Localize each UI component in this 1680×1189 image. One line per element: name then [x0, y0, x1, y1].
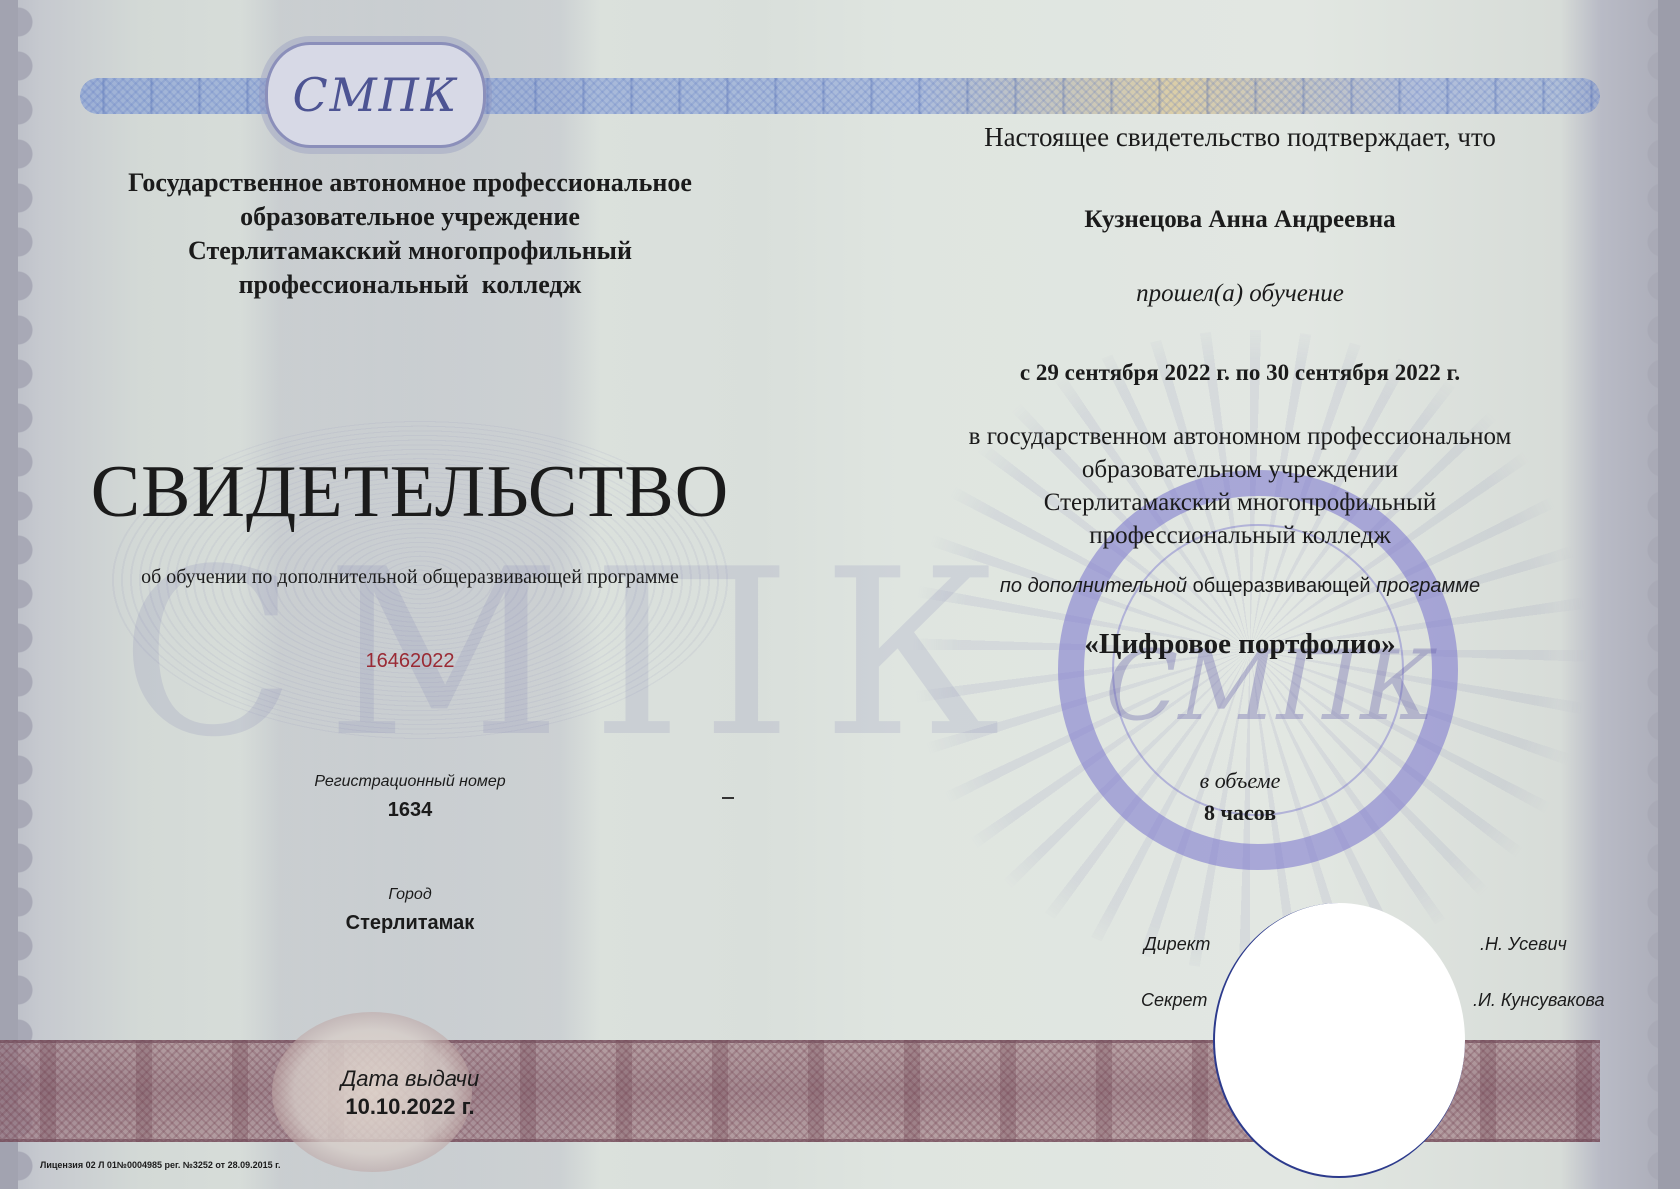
issuer-line: профессиональный колледж: [60, 268, 760, 302]
training-organization: в государственном автономном профессиона…: [860, 420, 1620, 552]
serial-number: 16462022: [40, 650, 780, 673]
right-scalloped-border: [1636, 0, 1680, 1189]
program-type-italic: по дополнительной: [1000, 575, 1187, 597]
secretary-role: Секрет: [1141, 990, 1207, 1011]
city-value: Стерлитамак: [40, 912, 780, 935]
director-name: .Н. Усевич: [1480, 934, 1567, 955]
volume-label: в объеме: [860, 768, 1620, 794]
director-role: Директ: [1144, 934, 1210, 955]
passed-training-text: прошел(а) обучение: [880, 280, 1600, 308]
college-logo-icon: СМПК: [292, 68, 458, 122]
volume-value: 8 часов: [860, 800, 1620, 826]
recipient-name: Кузнецова Анна Андреевна: [880, 206, 1600, 234]
issue-date-rosette: [272, 1012, 472, 1172]
org-line: Стерлитамакский многопрофильный: [860, 486, 1620, 519]
left-scalloped-border: [0, 0, 44, 1189]
college-logo: СМПК: [265, 42, 486, 148]
document-subtitle: об обучении по дополнительной общеразвив…: [20, 566, 800, 589]
city-label: Город: [40, 886, 780, 904]
license-text: Лицензия 02 Л 01№0004985 рег. №3252 от 2…: [40, 1160, 280, 1170]
document-title: СВИДЕТЕЛЬСТВО: [40, 450, 780, 535]
certificate-spread: СМПК СМПК СМПК Государственное автономно…: [0, 0, 1680, 1189]
issue-date-value: 10.10.2022 г.: [40, 1094, 780, 1120]
org-line: профессиональный колледж: [860, 519, 1620, 552]
program-name: «Цифровое портфолио»: [860, 628, 1620, 661]
registration-label: Регистрационный номер: [40, 773, 780, 791]
issue-date-label: Дата выдачи: [40, 1066, 780, 1092]
program-type: по дополнительной общеразвивающей програ…: [860, 575, 1620, 598]
issuer-line: Государственное автономное профессиональ…: [60, 166, 760, 200]
program-type-regular: общеразвивающей: [1187, 575, 1376, 597]
confirmation-text: Настоящее свидетельство подтверждает, чт…: [880, 122, 1600, 153]
issuer-organization: Государственное автономное профессиональ…: [60, 166, 760, 302]
issuer-line: Стерлитамакский многопрофильный: [60, 234, 760, 268]
program-type-italic: программе: [1376, 575, 1480, 597]
training-period: с 29 сентября 2022 г. по 30 сентября 202…: [880, 360, 1600, 386]
org-line: образовательном учреждении: [860, 453, 1620, 486]
issuer-line: образовательное учреждение: [60, 200, 760, 234]
org-line: в государственном автономном профессиона…: [860, 420, 1620, 453]
registration-number: 1634: [40, 799, 780, 822]
secretary-name: .И. Кунсувакова: [1473, 990, 1605, 1011]
redaction-mask: [1213, 903, 1465, 1178]
